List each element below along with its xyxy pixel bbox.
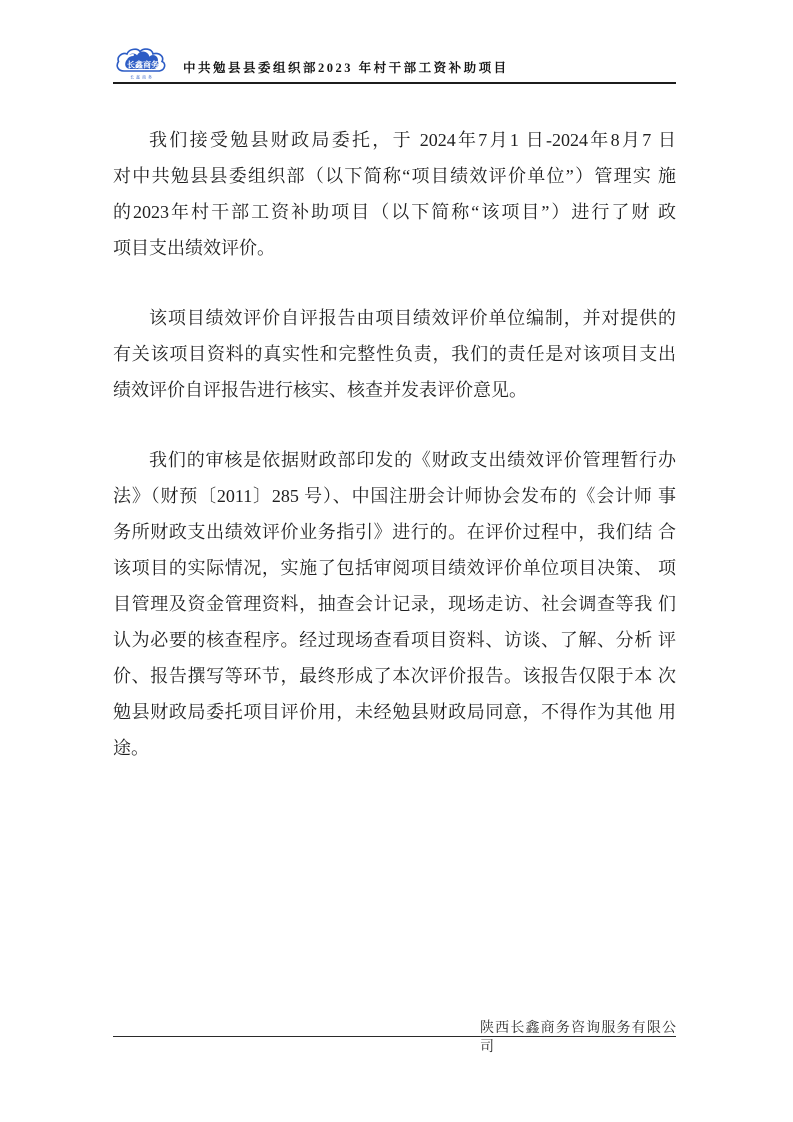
logo-brand-text: 长鑫商务 (127, 60, 159, 70)
paragraph-line: 的2023年村干部工资补助项目（以下简称“该项目”）进行了财 政 (113, 194, 676, 230)
paragraph: 该项目绩效评价自评报告由项目绩效评价单位编制，并对提供的有关该项目资料的真实性和… (113, 300, 676, 408)
paragraph-line: 法》（财预〔2011〕285 号）、中国注册会计师协会发布的《会计师 事 (113, 478, 676, 514)
document-body: 我们接受勉县财政局委托，于 2024年7月1 日-2024年8月7 日对中共勉县… (113, 122, 676, 766)
logo-subtext: 长鑫商务 (130, 74, 154, 80)
paragraph-line: 勉县财政局委托项目评价用，未经勉县财政局同意，不得作为其他 用 (113, 694, 676, 730)
footer-company-line1: 陕西长鑫商务咨询服务有限公 (480, 1019, 677, 1038)
paragraph-line: 目管理及资金管理资料，抽查会计记录，现场走访、社会调查等我 们 (113, 586, 676, 622)
paragraph-line: 认为必要的核查程序。经过现场查看项目资料、访谈、了解、分析 评 (113, 622, 676, 658)
paragraph-line: 价、报告撰写等环节，最终形成了本次评价报告。该报告仅限于本 次 (113, 658, 676, 694)
paragraph-line: 绩效评价自评报告进行核实、核查并发表评价意见。 (113, 372, 676, 408)
paragraph-line: 项目支出绩效评价。 (113, 230, 676, 266)
paragraph-line: 务所财政支出绩效评价业务指引》进行的。在评价过程中，我们结 合 (113, 514, 676, 550)
footer-company-line2: 司 (480, 1038, 677, 1057)
footer-company-name: 陕西长鑫商务咨询服务有限公 司 (480, 1019, 677, 1057)
page-header: 长鑫商务 长鑫商务 中共勉县县委组织部2023 年村干部工资补助项目 (113, 46, 676, 84)
company-cloud-logo-icon: 长鑫商务 长鑫商务 (113, 47, 169, 81)
header-title: 中共勉县县委组织部2023 年村干部工资补助项目 (183, 58, 509, 76)
paragraph: 我们接受勉县财政局委托，于 2024年7月1 日-2024年8月7 日对中共勉县… (113, 122, 676, 266)
paragraph-line: 我们接受勉县财政局委托，于 2024年7月1 日-2024年8月7 日 (113, 122, 676, 158)
paragraph-line: 有关该项目资料的真实性和完整性负责，我们的责任是对该项目支出 (113, 336, 676, 372)
paragraph-line: 我们的审核是依据财政部印发的《财政支出绩效评价管理暂行办 (113, 442, 676, 478)
paragraph-line: 该项目绩效评价自评报告由项目绩效评价单位编制，并对提供的 (113, 300, 676, 336)
paragraph-line: 该项目的实际情况，实施了包括审阅项目绩效评价单位项目决策、 项 (113, 550, 676, 586)
paragraph-line: 对中共勉县县委组织部（以下简称“项目绩效评价单位”）管理实 施 (113, 158, 676, 194)
paragraph: 我们的审核是依据财政部印发的《财政支出绩效评价管理暂行办法》（财预〔2011〕2… (113, 442, 676, 766)
document-page: 长鑫商务 长鑫商务 中共勉县县委组织部2023 年村干部工资补助项目 我们接受勉… (0, 0, 793, 1122)
paragraph-line: 途。 (113, 730, 676, 766)
